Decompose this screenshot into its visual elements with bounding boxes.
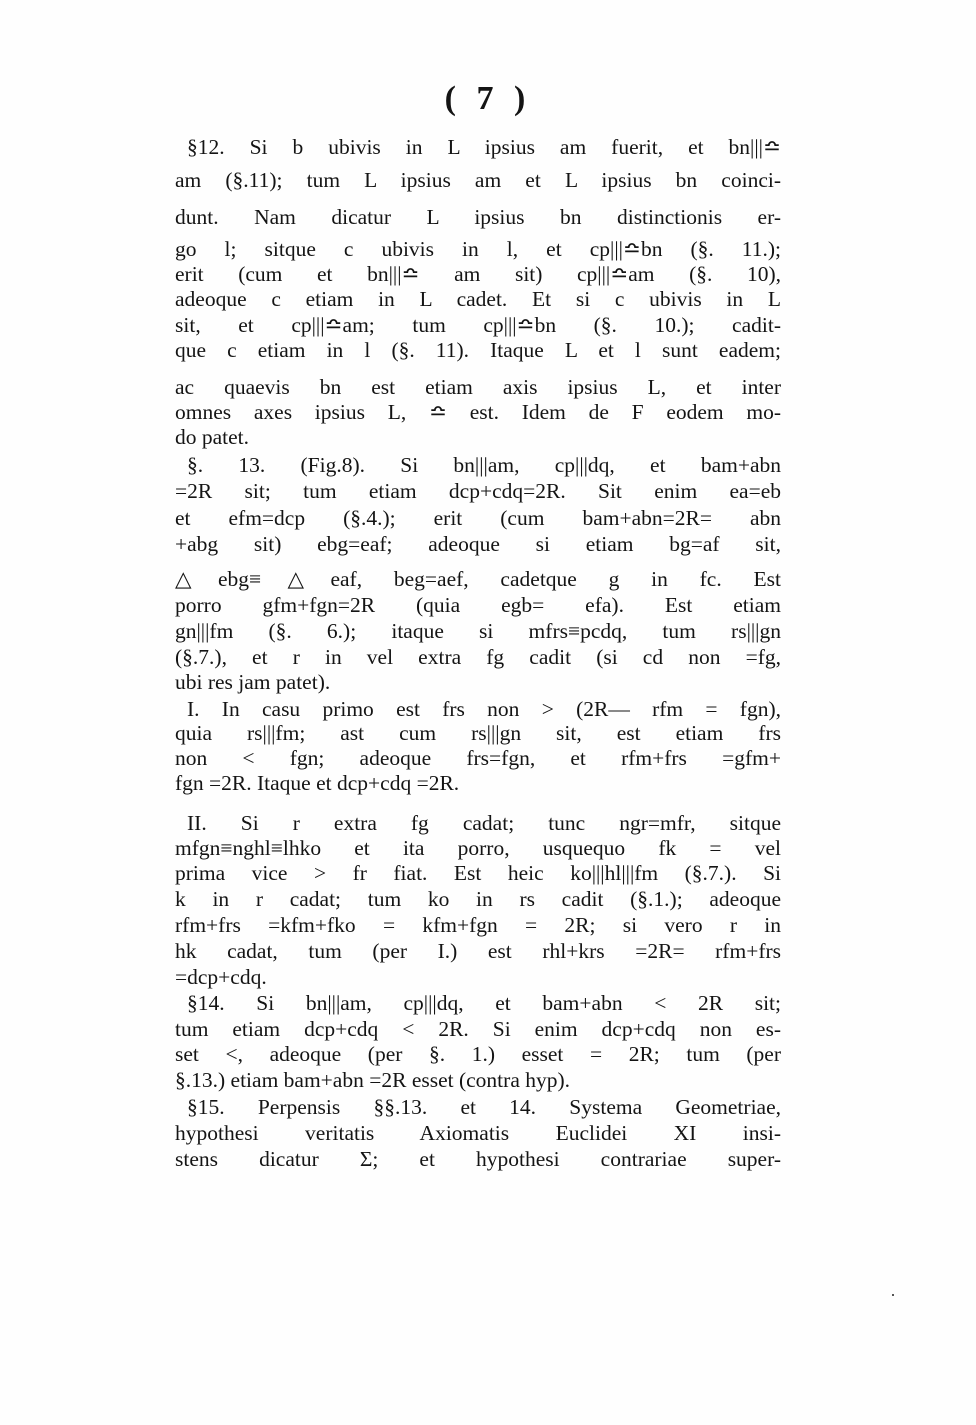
text-line: que c etiam in l (§. 11). Itaque L et l … — [175, 337, 781, 363]
scanned-page: ( 7 ) §12. Si b ubivis in L ipsius am fu… — [0, 0, 976, 1425]
text-line: (§.7.), et r in vel extra fg cadit (si c… — [175, 644, 781, 670]
text-line: △ebg≡△eaf, beg=aef, cadetque g in fc. Es… — [175, 566, 781, 592]
text-line: stens dicatur Σ; et hypothesi contrariae… — [175, 1146, 781, 1172]
text-line: adeoque c etiam in L cadet. Et si c ubiv… — [175, 286, 781, 312]
text-line: =dcp+cdq. — [175, 964, 781, 990]
text-line: hypothesi veritatis Axiomatis Euclidei X… — [175, 1120, 781, 1146]
text-line: am (§.11); tum L ipsius am et L ipsius b… — [175, 167, 781, 193]
page-number: ( 7 ) — [0, 80, 976, 118]
scan-speck — [892, 1294, 894, 1296]
text-line: quia rs|||fm; ast cum rs|||gn sit, est e… — [175, 720, 781, 746]
text-line: §. 13. (Fig.8). Si bn|||am, cp|||dq, et … — [187, 452, 781, 478]
text-line: dunt. Nam dicatur L ipsius bn distinctio… — [175, 204, 781, 230]
text-line: porro gfm+fgn=2R (quia egb= efa). Est et… — [175, 592, 781, 618]
text-line: do patet. — [175, 424, 781, 450]
text-line: =2R sit; tum etiam dcp+cdq=2R. Sit enim … — [175, 478, 781, 504]
text-line: §12. Si b ubivis in L ipsius am fuerit, … — [187, 134, 781, 160]
text-line: set <, adeoque (per §. 1.) esset = 2R; t… — [175, 1041, 781, 1067]
text-line: tum etiam dcp+cdq < 2R. Si enim dcp+cdq … — [175, 1016, 781, 1042]
text-line: ubi res jam patet). — [175, 669, 781, 695]
text-line: sit, et cp|||≏am; tum cp|||≏bn (§. 10.);… — [175, 312, 781, 338]
text-line: II. Si r extra fg cadat; tunc ngr=mfr, s… — [187, 810, 781, 836]
text-line: +abg sit) ebg=eaf; adeoque si etiam bg=a… — [175, 531, 781, 557]
text-line: I. In casu primo est frs non > (2R— rfm … — [187, 696, 781, 722]
text-line: hk cadat, tum (per I.) est rhl+krs =2R= … — [175, 938, 781, 964]
text-line: mfgn≡nghl≡lhko et ita porro, usquequo fk… — [175, 835, 781, 861]
text-line: ac quaevis bn est etiam axis ipsius L, e… — [175, 374, 781, 400]
text-line: k in r cadat; tum ko in rs cadit (§.1.);… — [175, 886, 781, 912]
text-line: et efm=dcp (§.4.); erit (cum bam+abn=2R=… — [175, 505, 781, 531]
text-line: non < fgn; adeoque frs=fgn, et rfm+frs =… — [175, 745, 781, 771]
text-line: go l; sitque c ubivis in l, et cp|||≏bn … — [175, 236, 781, 262]
text-line: omnes axes ipsius L, ≏ est. Idem de F eo… — [175, 399, 781, 425]
text-line: gn|||fm (§. 6.); itaque si mfrs≡pcdq, tu… — [175, 618, 781, 644]
text-line: rfm+frs =kfm+fko = kfm+fgn = 2R; si vero… — [175, 912, 781, 938]
text-line: §15. Perpensis §§.13. et 14. Systema Geo… — [187, 1094, 781, 1120]
text-line: §14. Si bn|||am, cp|||dq, et bam+abn < 2… — [187, 990, 781, 1016]
text-line: §.13.) etiam bam+abn =2R esset (contra h… — [175, 1067, 781, 1093]
text-line: erit (cum et bn|||≏ am sit) cp|||≏am (§.… — [175, 261, 781, 287]
text-line: fgn =2R. Itaque et dcp+cdq =2R. — [175, 770, 781, 796]
text-line: prima vice > fr fiat. Est heic ko|||hl||… — [175, 860, 781, 886]
